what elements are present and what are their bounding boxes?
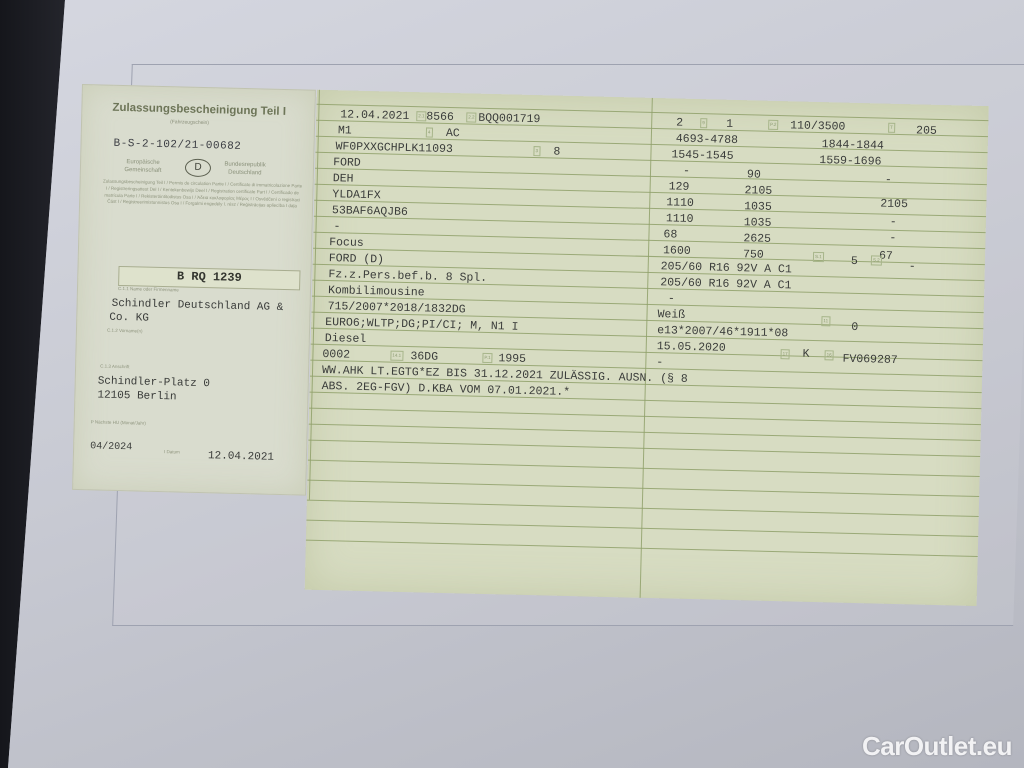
holder-name-line2: Co. KG — [109, 312, 149, 325]
field-g-r1-col1: - — [683, 165, 690, 178]
field-r5-col2: 2625 — [743, 232, 771, 246]
field-label-14-1: 14.1 — [390, 351, 403, 361]
field-3-check-digit: 8 — [553, 146, 560, 159]
issue-date: 12.04.2021 — [208, 450, 274, 464]
field-b-registration-date: 12.04.2021 — [340, 108, 409, 123]
field-15-3-tyres-dash: - — [668, 292, 675, 305]
field-r2-col1: 129 — [669, 180, 690, 194]
field-r6-col1: 1600 — [663, 244, 691, 258]
holder-label: C.1.1 Name oder Firmenname — [118, 286, 179, 292]
field-e-vin: WF0PXXGCHPLK11093 — [335, 140, 453, 156]
country-code-oval: D — [185, 159, 211, 178]
license-plate: B RQ 1239 — [119, 268, 299, 286]
field-5-vehicle-type: Fz.z.Pers.bef.b. 8 Spl. — [328, 268, 487, 285]
field-label-p1: P.1 — [482, 353, 492, 363]
eu-label: Europäische Gemeinschaft — [117, 158, 169, 175]
field-r3-col3: - — [890, 216, 897, 229]
inspection-label: P Nächste HU (Monat/Jahr) — [91, 419, 146, 425]
remarks-line-2: ABS. 2EG-FGV) D.KBA VOM 07.01.2021.* — [322, 380, 571, 399]
field-r4-col2: 1035 — [744, 216, 772, 230]
field-d2-variant: YLDA1FX — [332, 188, 381, 202]
field-15-1-tyres-front: 205/60 R16 92V A C1 — [661, 260, 792, 276]
field-20-height-r2: 1559-1696 — [819, 154, 881, 169]
document-subtitle: (Fahrzeugschein) — [170, 119, 209, 126]
field-r3-col1: 1110 — [666, 196, 694, 210]
field-label-16: 16 — [824, 350, 833, 360]
field-18-length: 4693-4788 — [676, 133, 738, 148]
field-label-2-2: 2.2 — [466, 112, 477, 122]
field-11-color-code: 0 — [851, 321, 858, 334]
field-d2-dash: - — [333, 220, 340, 233]
field-label-2-1: 2.1 — [416, 111, 427, 121]
field-p2-power-rpm: 110/3500 — [790, 119, 846, 133]
field-label-11: 11 — [821, 316, 830, 326]
field-d1-make: FORD — [333, 156, 361, 170]
field-9-driven-axles: 1 — [726, 118, 733, 131]
field-20-height-r1: 1545-1545 — [671, 148, 733, 163]
field-s1-seats: 5 — [851, 255, 858, 268]
field-17-k: K — [802, 348, 809, 361]
field-label-t: T — [888, 123, 895, 133]
field-d2-type: DEH — [333, 172, 354, 186]
field-r4-col3: - — [889, 232, 896, 245]
country-label: Bundesrepublik Deutschland — [215, 160, 275, 177]
field-r4-col1: 1110 — [666, 212, 694, 226]
field-r-color: Weiß — [657, 308, 685, 322]
vehicle-data-section: 12.04.2021 2.1 8566 2.2 BQQ001719 M1 4 A… — [305, 90, 989, 606]
document-title: Zulassungsbescheinigung Teil I — [112, 102, 286, 118]
field-label-s2: S.2 — [871, 255, 882, 265]
field-6-first-registration: 15.05.2020 — [657, 340, 726, 355]
field-2-2-type-code: BQQ001719 — [478, 112, 540, 127]
field-10-fuel-code: 0002 — [322, 348, 350, 362]
field-14-1-emission-key: 36DG — [410, 350, 438, 364]
firstname-label: C.1.2 Vorname(n) — [107, 328, 143, 334]
field-g-r1-col3: - — [885, 174, 892, 187]
field-r2-col3: 2105 — [880, 198, 908, 212]
field-label-17: 17 — [780, 349, 789, 359]
field-k-ec-type-approval: e13*2007/46*1911*08 — [657, 324, 788, 340]
field-t-max-speed: 205 — [916, 124, 937, 138]
document-number: B-S-2-102/21-00682 — [113, 138, 241, 153]
field-g-r1-col2: 90 — [747, 168, 761, 181]
field-label-4: 4 — [426, 127, 433, 137]
next-inspection: 04/2024 — [90, 441, 132, 453]
field-16-zb2-number: FV069287 — [842, 353, 898, 367]
field-bottom-dash: - — [656, 356, 663, 369]
field-19-width: 1844-1844 — [822, 138, 884, 153]
field-2-1-manufacturer-code: 8566 — [426, 110, 454, 124]
field-5-body-type: Kombilimousine — [328, 284, 425, 299]
address-label: C.1.3 Anschrift — [100, 364, 129, 370]
field-r3-col2: 1035 — [744, 200, 772, 214]
field-r6-col2: 750 — [743, 248, 764, 262]
field-r5-col1: 68 — [663, 228, 677, 241]
field-r2-col2: 2105 — [744, 184, 772, 198]
field-v9-emission-regulation: 715/2007*2018/1832DG — [327, 300, 465, 316]
field-15-2-tyres-rear: 205/60 R16 92V A C1 — [660, 276, 791, 292]
column-divider — [640, 98, 653, 598]
issue-date-label: I Datum — [164, 449, 180, 454]
holder-section: Zulassungsbescheinigung Teil I (Fahrzeug… — [72, 84, 316, 496]
caroutlet-watermark: CarOutlet.eu — [862, 731, 1012, 762]
field-s2-standing: - — [909, 260, 916, 273]
field-4-body-code: AC — [446, 127, 460, 140]
address-line1: Schindler-Platz 0 — [98, 375, 210, 390]
field-d2-version: 53BAF6AQJB6 — [332, 204, 408, 219]
field-label-s1: S.1 — [813, 252, 824, 262]
field-manufacturer: FORD (D) — [329, 252, 385, 266]
field-j-vehicle-class: M1 — [338, 124, 352, 137]
field-14-emission-class: EURO6;WLTP;DG;PI/CI; M, N1 I — [325, 316, 518, 334]
multilingual-fine-print: Zulassungsbescheinigung Teil I / Permis … — [102, 179, 303, 211]
field-label-9: 9 — [700, 118, 707, 128]
field-label-p2: P.2 — [768, 120, 778, 130]
field-l-axles: 2 — [676, 117, 683, 130]
field-p3-fuel: Diesel — [325, 332, 367, 346]
address-line2: 12105 Berlin — [97, 389, 176, 403]
registration-document: Zulassungsbescheinigung Teil I (Fahrzeug… — [70, 84, 992, 606]
field-label-3: 3 — [533, 146, 540, 156]
field-p1-displacement: 1995 — [498, 352, 526, 366]
field-d3-model: Focus — [329, 236, 364, 250]
